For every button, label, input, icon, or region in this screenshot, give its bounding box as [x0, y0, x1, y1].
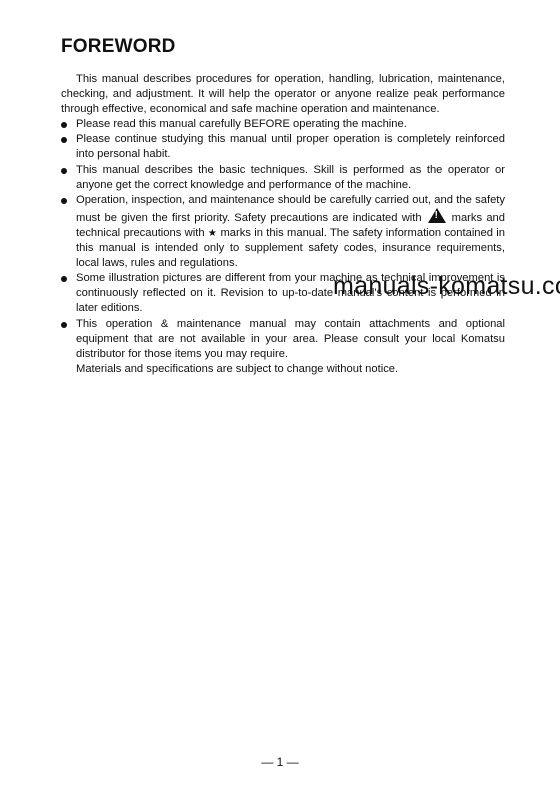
- bullet-item: Please read this manual carefully BEFORE…: [76, 117, 505, 132]
- bullet-dot-icon: [61, 276, 67, 282]
- bullet-dot-icon: [61, 198, 67, 204]
- bullet-item: Please continue studying this manual unt…: [76, 132, 505, 162]
- bullet-dot-icon: [61, 122, 67, 128]
- bullet-item: This manual describes the basic techniqu…: [76, 163, 505, 193]
- star-icon: ★: [208, 228, 217, 239]
- foreword-body: This manual describes procedures for ope…: [76, 72, 505, 377]
- watermark: manuals-komatsu.co: [333, 272, 560, 301]
- bullet-dot-icon: [61, 137, 67, 143]
- bullet-list: Please read this manual carefully BEFORE…: [76, 117, 505, 362]
- bullet-dot-icon: [61, 322, 67, 328]
- intro-paragraph: This manual describes procedures for ope…: [61, 72, 505, 117]
- change-notice: Materials and specifications are subject…: [76, 362, 505, 377]
- warning-triangle-icon: [428, 208, 446, 223]
- page-title: FOREWORD: [61, 36, 176, 58]
- bullet-item: This operation & maintenance manual may …: [76, 317, 505, 362]
- bullet-item-safety: Operation, inspection, and maintenance s…: [76, 193, 505, 271]
- page-number: — 1 —: [0, 755, 560, 769]
- bullet-dot-icon: [61, 168, 67, 174]
